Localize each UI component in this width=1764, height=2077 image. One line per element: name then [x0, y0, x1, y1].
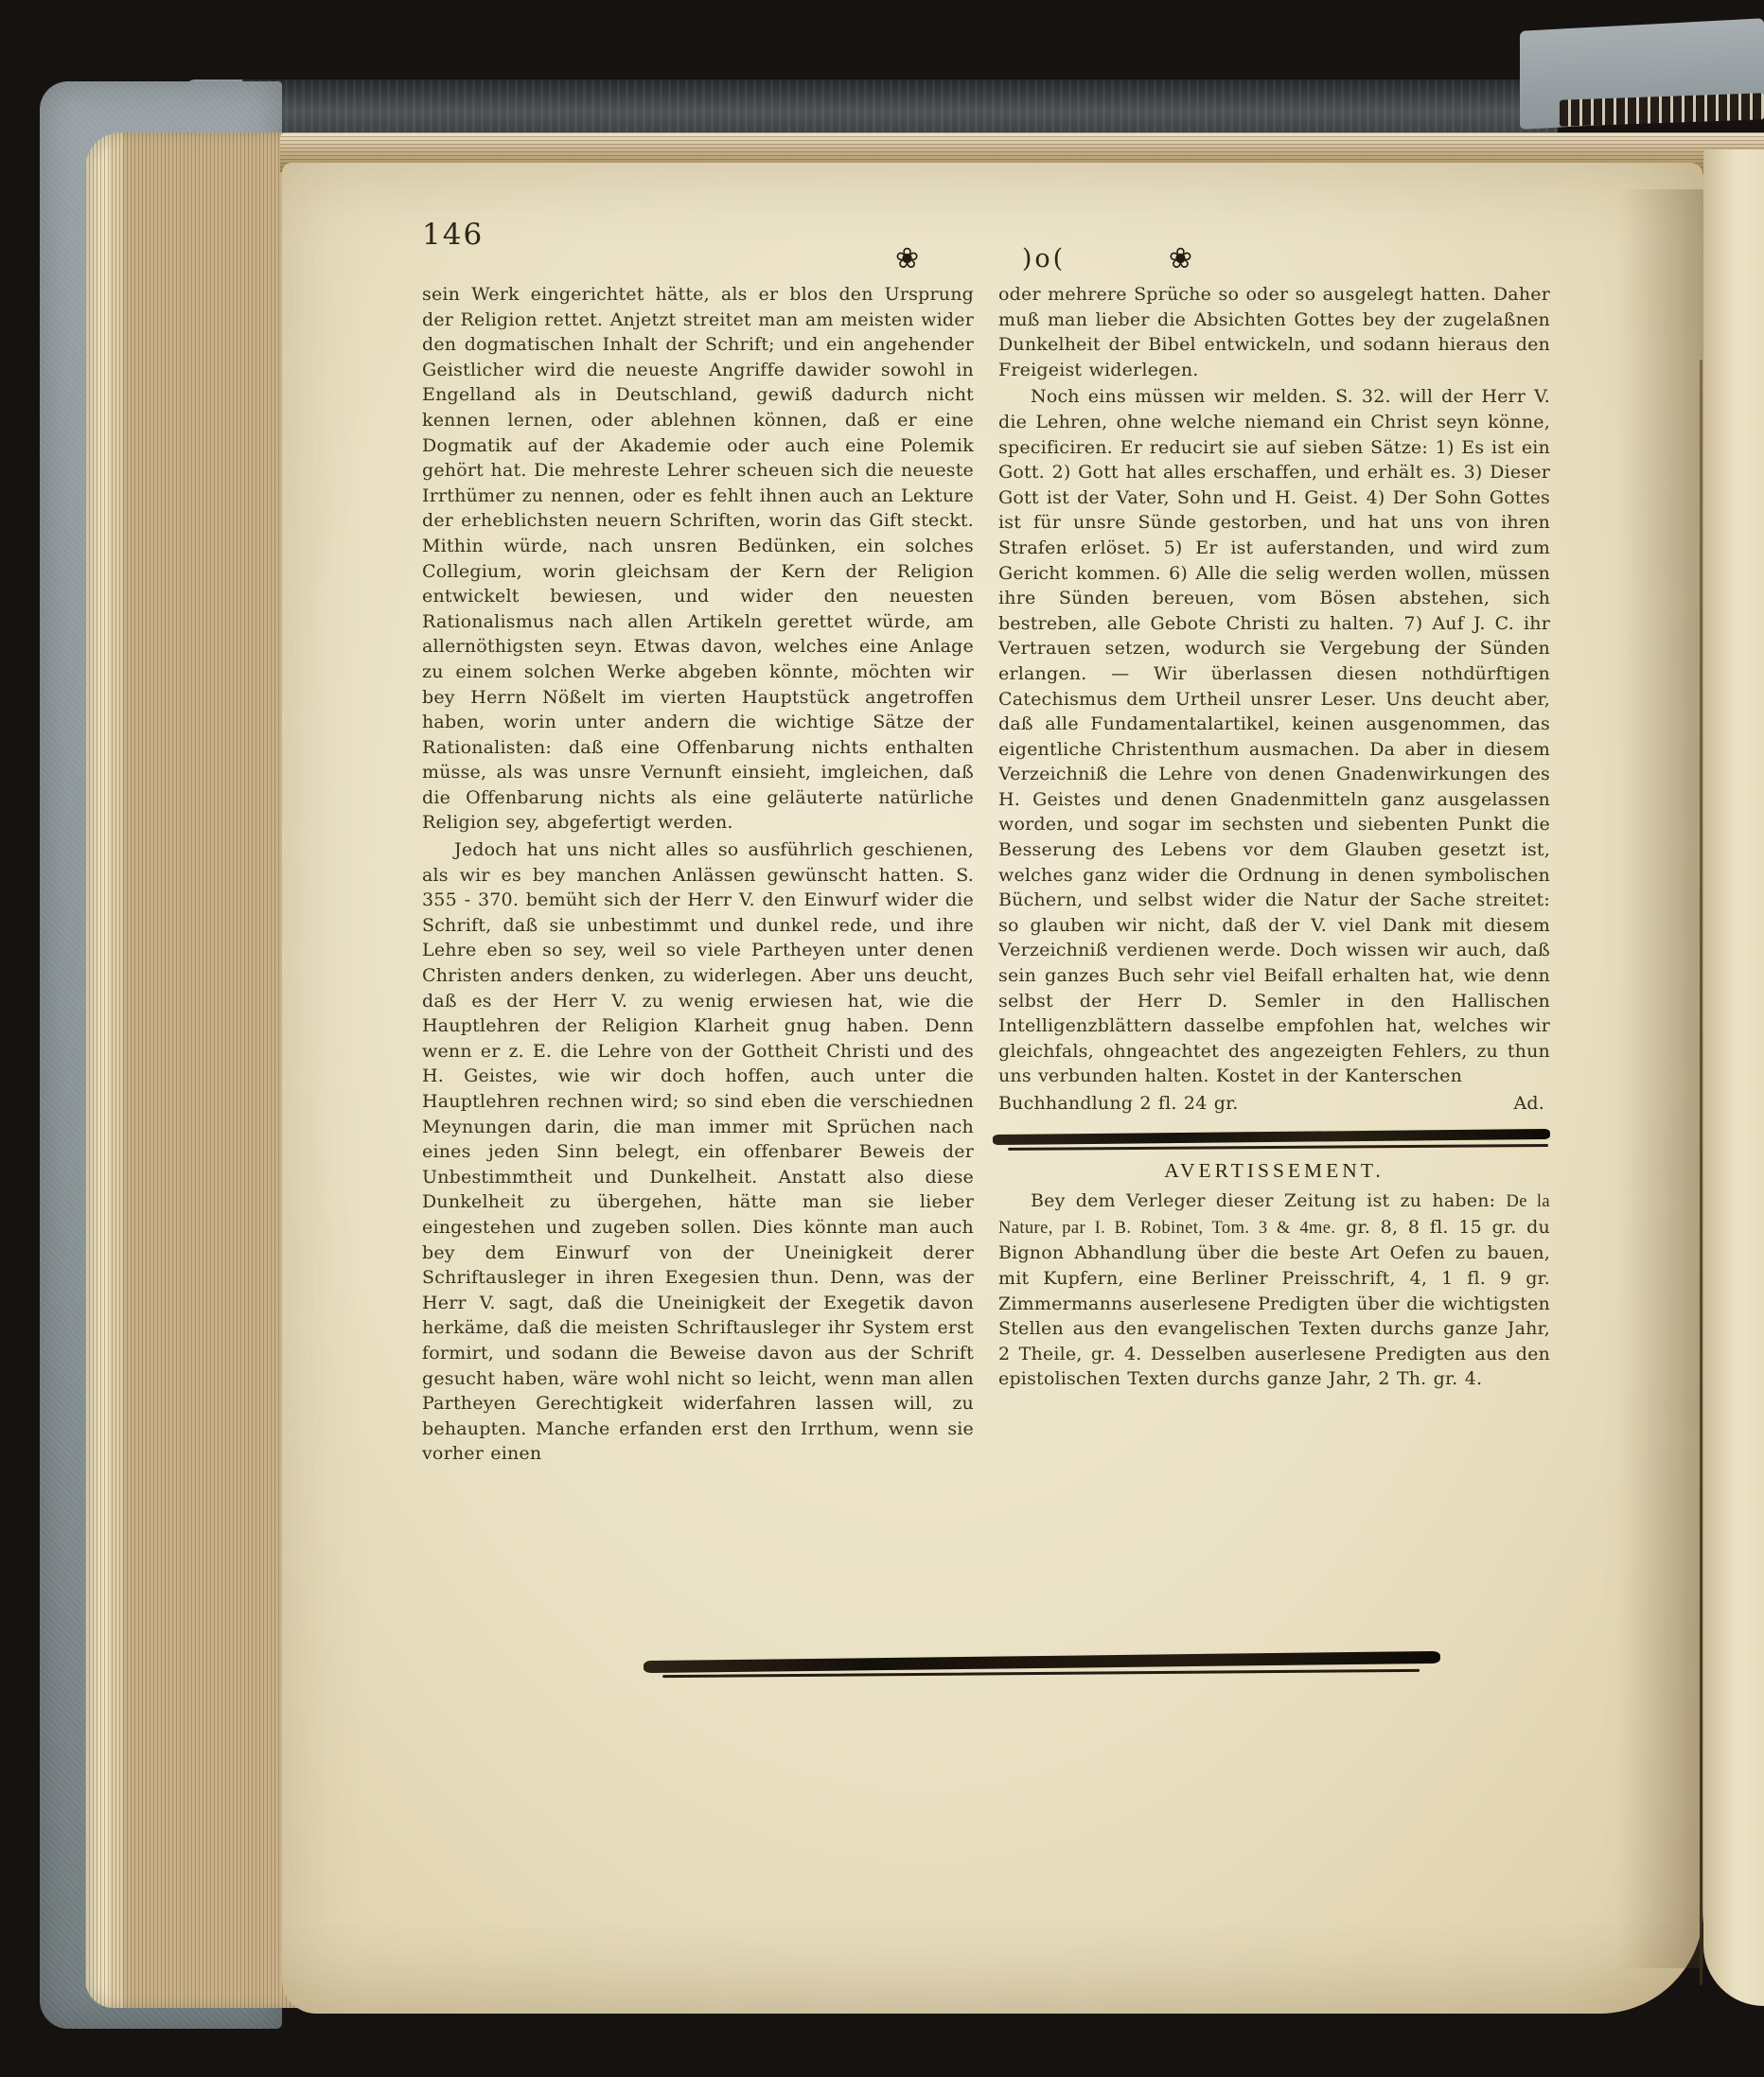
price-text: Buchhandlung 2 fl. 24 gr.: [998, 1091, 1239, 1117]
reviewer-signature: Ad.: [1513, 1091, 1550, 1117]
book-scan-photo: 146 ❀ )o( ❀ sein Werk eingerichtet hätte…: [0, 0, 1764, 2077]
paragraph: sein Werk eingerichtet hätte, als er blo…: [422, 282, 974, 836]
signature-mark: )o(: [1022, 244, 1066, 273]
price-line: Buchhandlung 2 fl. 24 gr. Ad.: [998, 1091, 1550, 1117]
advertisement-intro: Bey dem Verleger dieser Zeitung ist zu h…: [1031, 1190, 1495, 1211]
divider-rule-bar: [993, 1129, 1550, 1145]
book-spine-top-shadow: [242, 79, 1558, 138]
bottom-rule: [644, 1651, 1440, 1680]
page-number: 146: [422, 218, 484, 252]
advertisement-text: gr. 8, 8 fl. 15 gr. du Bignon Abhandlung…: [998, 1217, 1550, 1390]
divider-rule-thin-line: [1008, 1144, 1548, 1151]
left-column: sein Werk eingerichtet hätte, als er blo…: [422, 282, 974, 1467]
florette-icon: ❀: [1169, 242, 1192, 275]
advertisement-heading: AVERTISSEMENT.: [998, 1158, 1550, 1184]
florette-icon: ❀: [895, 242, 919, 275]
running-head-ornaments: ❀ )o( ❀: [895, 242, 1192, 275]
divider-rule: [993, 1129, 1550, 1152]
paragraph: oder mehrere Sprüche so oder so ausgeleg…: [998, 282, 1550, 382]
paragraph: Noch eins müssen wir melden. S. 32. will…: [998, 384, 1550, 1089]
printed-page-content: 146 ❀ )o( ❀ sein Werk eingerichtet hätte…: [282, 163, 1703, 2014]
page-stack-edges-left: [85, 132, 301, 2008]
advertisement-body: Bey dem Verleger dieser Zeitung ist zu h…: [998, 1188, 1550, 1392]
text-columns: sein Werk eingerichtet hätte, als er blo…: [422, 282, 1550, 1467]
facing-page-sliver: [1703, 150, 1764, 2006]
paragraph: Jedoch hat uns nicht alles so ausführlic…: [422, 837, 974, 1467]
right-column: oder mehrere Sprüche so oder so ausgeleg…: [998, 282, 1550, 1467]
